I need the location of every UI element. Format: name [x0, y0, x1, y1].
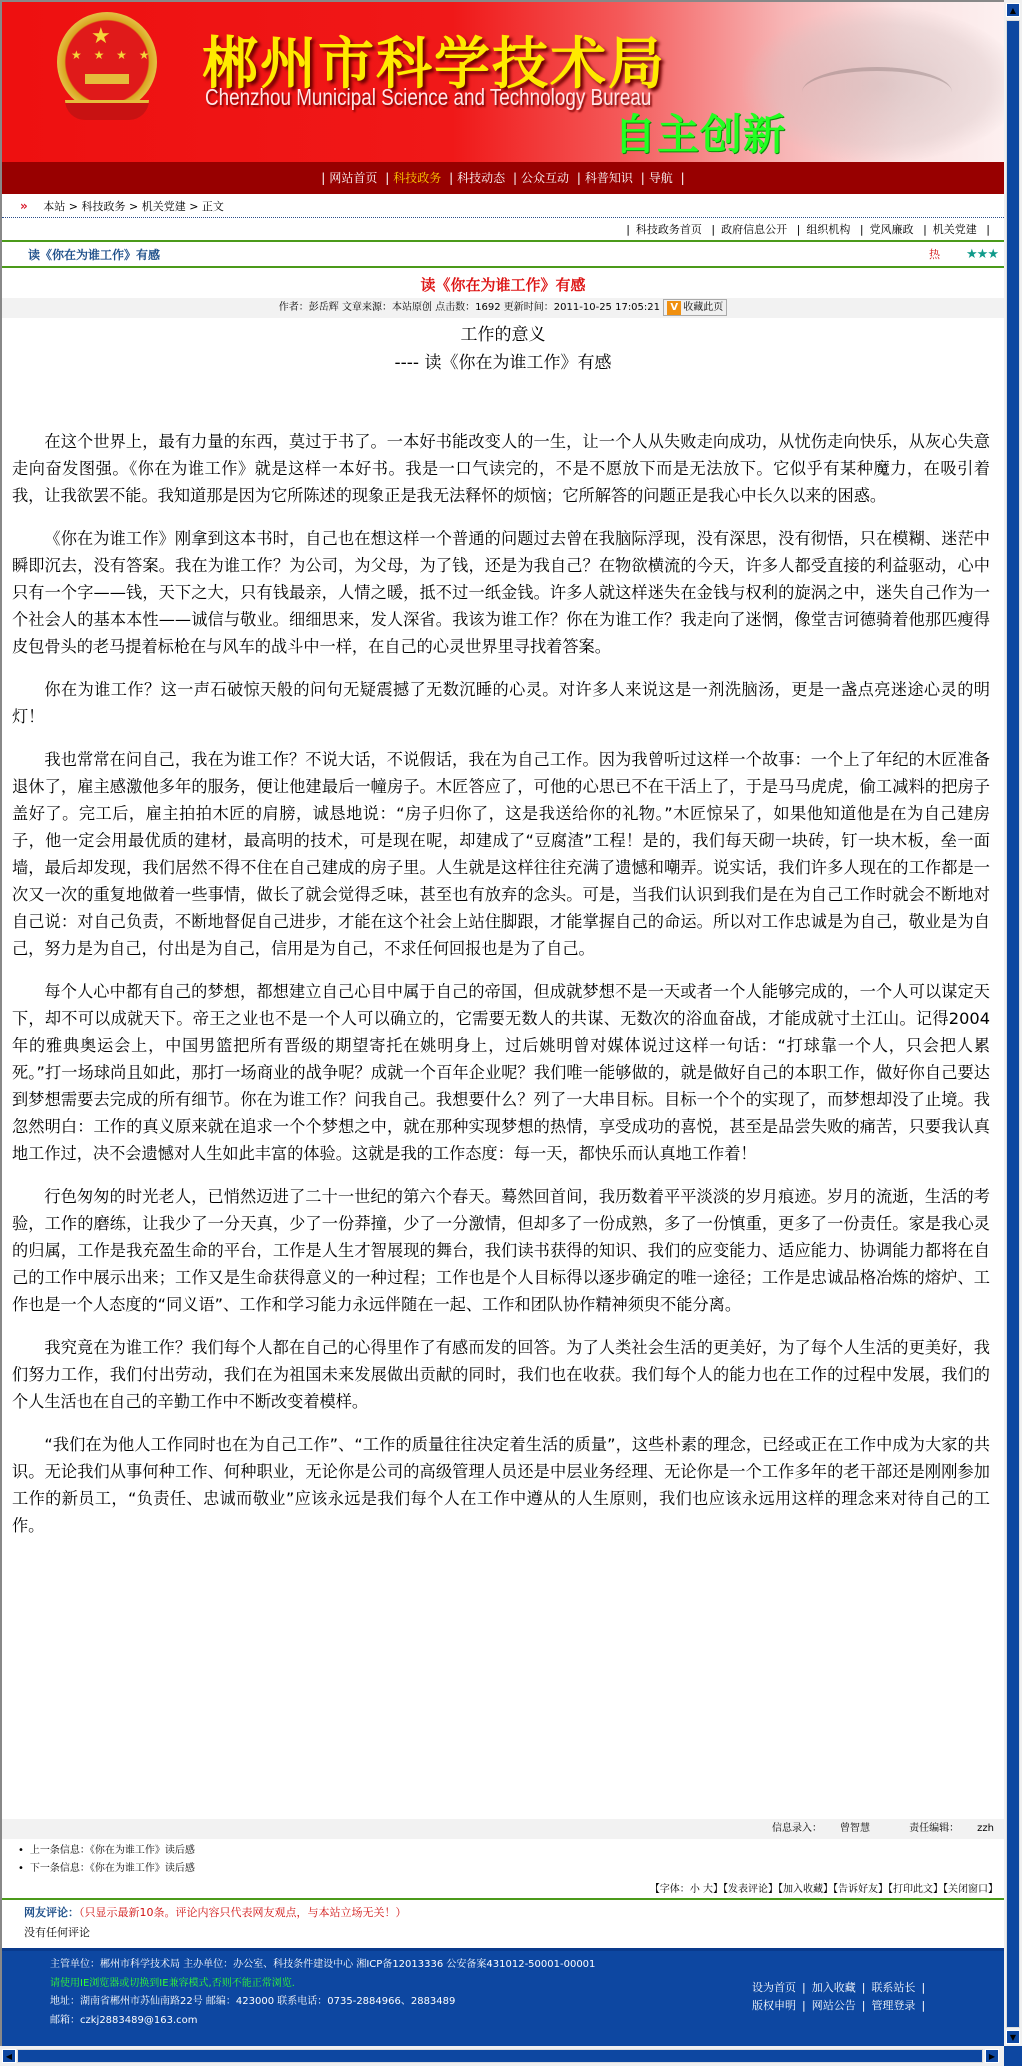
subnav-party-building[interactable]: 机关党建: [933, 223, 977, 236]
next-item: 下一条信息：《你在为谁工作》读后感: [2, 1860, 1004, 1878]
prev-label: 上一条信息：: [30, 1845, 90, 1856]
info-row: 信息录入：曾智慧 责任编辑：zzh: [2, 1819, 1004, 1839]
source-label: 文章来源：: [342, 302, 392, 313]
font-size-label-end: 】: [713, 1884, 723, 1895]
editor-label: 责任编辑：: [909, 1823, 959, 1834]
font-large-link[interactable]: 大: [703, 1884, 713, 1895]
copyright-link[interactable]: 版权申明: [752, 1999, 796, 2012]
no-comments: 没有任何评论: [24, 1924, 1004, 1942]
article-meta: 作者：彭岳辉 文章来源：本站原创 点击数：1692 更新时间：2011-10-2…: [2, 298, 1004, 318]
add-favorite-link[interactable]: 【加入收藏】: [778, 1884, 833, 1895]
next-link[interactable]: 《你在为谁工作》读后感: [90, 1863, 195, 1874]
browser-warning: 请使用IE浏览器或切换到IE兼容模式,否则不能正常浏览.: [50, 1975, 595, 1994]
breadcrumb: » 本站 > 科技政务 > 机关党建 > 正文: [2, 194, 1004, 218]
prev-item: 上一条信息：《你在为谁工作》读后感: [2, 1842, 1004, 1860]
announcement-link[interactable]: 网站公告: [812, 1999, 856, 2012]
admin-login-link[interactable]: 管理登录: [871, 1999, 915, 2012]
scroll-up-icon[interactable]: ▲: [1006, 3, 1020, 17]
breadcrumb-separator: >: [69, 200, 78, 213]
paragraph: 我究竟在为谁工作？我们每个人都在自己的心得里作了有感而发的回答。为了人类社会生活…: [12, 1334, 990, 1415]
close-window-link[interactable]: 【关闭窗口】: [943, 1884, 998, 1895]
nav-public-interaction[interactable]: 公众互动: [521, 171, 569, 185]
breadcrumb-current: 正文: [202, 200, 224, 213]
breadcrumb-science-affairs[interactable]: 科技政务: [81, 200, 125, 213]
subnav-organization[interactable]: 组织机构: [806, 223, 850, 236]
nav-science-affairs[interactable]: 科技政务: [393, 171, 441, 185]
clicks-label: 点击数：: [435, 302, 475, 313]
footer-email: 邮箱：czkj2883489@163.com: [50, 2012, 595, 2031]
comments-label: 网友评论：: [24, 1906, 79, 1919]
scroll-left-icon[interactable]: ◀: [2, 2049, 16, 2063]
post-comment-link[interactable]: 【发表评论】: [723, 1884, 778, 1895]
paragraph: 行色匆匆的时光老人，已悄然迈进了二十一世纪的第六个春天。蓦然回首间，我历数着平平…: [12, 1183, 990, 1318]
nav-science-news[interactable]: 科技动态: [457, 171, 505, 185]
vertical-scroll-thumb[interactable]: [1006, 20, 1020, 2028]
breadcrumb-separator: >: [129, 200, 138, 213]
paragraph: 《你在为谁工作》刚拿到这本书时，自己也在想这样一个普通的问题过去曾在我脑际浮现，…: [12, 525, 990, 660]
contact-admin-link[interactable]: 联系站长: [871, 1981, 915, 1994]
scroll-right-icon[interactable]: ▶: [985, 2049, 999, 2063]
paragraph: “我们在为他人工作同时也在为自己工作”、“工作的质量往往决定着生活的质量”，这些…: [12, 1431, 990, 1539]
subnav-anti-corruption[interactable]: 党风廉政: [870, 223, 914, 236]
paragraph: 你在为谁工作？这一声石破惊天般的问句无疑震撼了无数沉睡的心灵。对许多人来说这是一…: [12, 676, 990, 730]
national-emblem-icon: ★ ★ ★ ★ ★: [57, 12, 157, 122]
scrollbar-corner: [1004, 2046, 1022, 2066]
bookmark-label: 收藏此页: [683, 302, 723, 313]
breadcrumb-site[interactable]: 本站: [43, 200, 65, 213]
article-body: 在这个世界上，最有力量的东西，莫过于书了。一本好书能改变人的一生，让一个人从失败…: [2, 428, 1004, 1539]
set-homepage-link[interactable]: 设为首页: [752, 1981, 796, 1994]
next-label: 下一条信息：: [30, 1863, 90, 1874]
bookmark-icon: V: [667, 301, 681, 315]
updated-time: 2011-10-25 17:05:21: [554, 302, 660, 313]
page: ★ ★ ★ ★ ★ 郴州市科学技术局 Chenzhou Municipal Sc…: [0, 0, 1004, 2046]
sub-nav: |科技政务首页 |政府信息公开 |组织机构 |党风廉政 |机关党建 |: [2, 218, 1004, 242]
paragraph: 在这个世界上，最有力量的东西，莫过于书了。一本好书能改变人的一生，让一个人从失败…: [12, 428, 990, 509]
tell-friend-link[interactable]: 【告诉好友】: [833, 1884, 888, 1895]
subnav-gov-info[interactable]: 政府信息公开: [721, 223, 787, 236]
prev-link[interactable]: 《你在为谁工作》读后感: [90, 1845, 195, 1856]
comments-section: 网友评论：（只显示最新10条。评论内容只代表网友观点，与本站立场无关！） 没有任…: [2, 1902, 1004, 1942]
horizontal-scroll-thumb[interactable]: [17, 2049, 983, 2063]
rating-stars-icon: ★★★: [966, 242, 998, 268]
scroll-down-icon[interactable]: ▼: [1006, 2030, 1020, 2044]
title-bar-text: 读《你在为谁工作》有感: [28, 248, 160, 262]
editor: zzh: [977, 1823, 994, 1834]
author: 彭岳辉: [309, 302, 339, 313]
source: 本站原创: [392, 302, 432, 313]
click-count: 1692: [475, 302, 500, 313]
nav-navigation[interactable]: 导航: [649, 171, 673, 185]
article-title: 读《你在为谁工作》有感: [2, 274, 1004, 296]
nav-science-knowledge[interactable]: 科普知识: [585, 171, 633, 185]
article-title-bar: 读《你在为谁工作》有感 热 ★★★: [2, 242, 1004, 268]
add-bookmark-link[interactable]: 加入收藏: [812, 1981, 856, 1994]
updated-label: 更新时间：: [504, 302, 554, 313]
comments-note: （只显示最新10条。评论内容只代表网友观点，与本站立场无关！）: [79, 1906, 407, 1919]
footer-address: 地址：湖南省郴州市苏仙南路22号 邮编：423000 联系电话：0735-288…: [50, 1993, 595, 2012]
nav-home[interactable]: 网站首页: [329, 171, 377, 185]
paragraph: 每个人心中都有自己的梦想，都想建立自己心目中属于自己的帝国，但成就梦想不是一天或…: [12, 978, 990, 1167]
bookmark-page-button[interactable]: V收藏此页: [663, 299, 727, 316]
article-tools: 【字体：小 大】【发表评论】【加入收藏】【告诉好友】【打印此文】【关闭窗口】: [2, 1880, 1004, 1900]
slogan: 自主创新: [614, 102, 786, 162]
horizontal-scrollbar[interactable]: ◀ ▶: [0, 2046, 1004, 2066]
font-size-label: 【字体：: [650, 1884, 690, 1895]
breadcrumb-separator: >: [189, 200, 198, 213]
article-subheading: ---- 读《你在为谁工作》有感: [2, 348, 1004, 378]
hot-badge: 热: [929, 242, 940, 268]
print-link[interactable]: 【打印此文】: [888, 1884, 943, 1895]
prev-next-list: 上一条信息：《你在为谁工作》读后感 下一条信息：《你在为谁工作》读后感: [2, 1842, 1004, 1878]
footer-organizer: 主管单位：郴州市科学技术局 主办单位：办公室、科技条件建设中心 湘ICP备120…: [50, 1956, 595, 1975]
paragraph: 我也常常在问自己，我在为谁工作？不说大话，不说假话，我在为自己工作。因为我曾听过…: [12, 746, 990, 962]
font-small-link[interactable]: 小: [690, 1884, 700, 1895]
author-label: 作者：: [279, 302, 309, 313]
subnav-affairs-home[interactable]: 科技政务首页: [636, 223, 702, 236]
footer: 主管单位：郴州市科学技术局 主办单位：办公室、科技条件建设中心 湘ICP备120…: [2, 1948, 1004, 2046]
article-heading: 工作的意义: [2, 322, 1004, 348]
site-banner: ★ ★ ★ ★ ★ 郴州市科学技术局 Chenzhou Municipal Sc…: [2, 2, 1004, 162]
entry-person: 曾智慧: [840, 1823, 870, 1834]
main-nav: |网站首页 |科技政务 |科技动态 |公众互动 |科普知识 |导航 |: [2, 162, 1004, 194]
double-chevron-icon: »: [20, 199, 28, 213]
vertical-scrollbar[interactable]: ▲ ▼: [1004, 0, 1022, 2046]
entry-label: 信息录入：: [772, 1823, 822, 1834]
site-subtitle: Chenzhou Municipal Science and Technolog…: [205, 84, 651, 111]
breadcrumb-party-building[interactable]: 机关党建: [142, 200, 186, 213]
